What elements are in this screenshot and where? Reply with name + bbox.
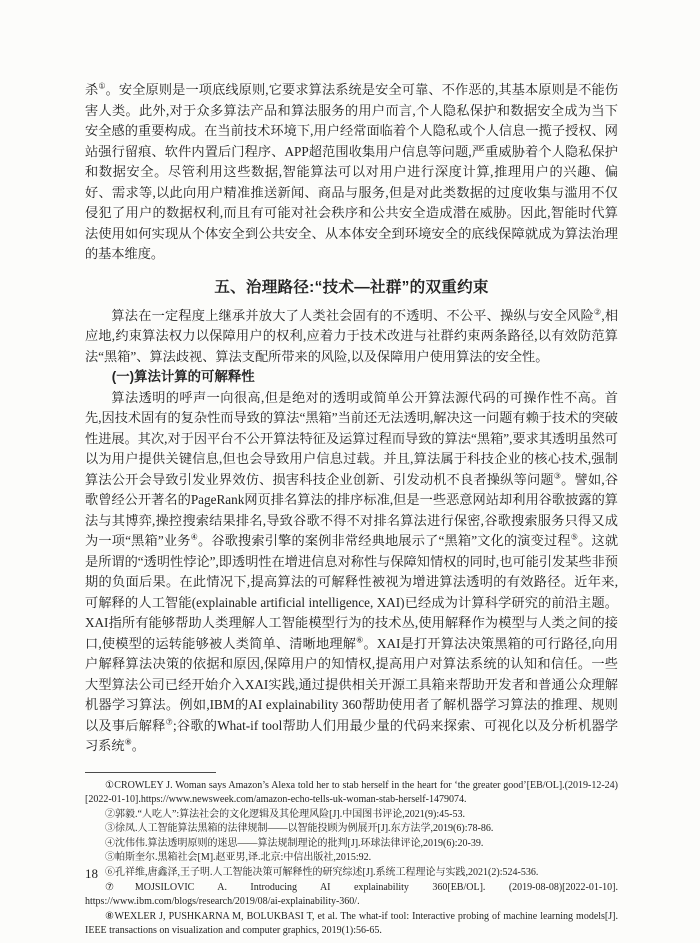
- section-heading: 五、治理路径:“技术—社群”的双重约束: [85, 275, 618, 297]
- paragraph: 算法在一定程度上继承并放大了人类社会固有的不透明、不公平、操纵与安全风险②,相应…: [85, 306, 618, 368]
- footnote-item: ④沈伟伟.算法透明原则的迷思——算法规制理论的批判[J].环球法律评论,2019…: [85, 837, 618, 852]
- footnote-marker: ⑤: [105, 852, 115, 863]
- footnote-item: ⑦MOJSILOVIC A. Introducing AI explainabi…: [85, 881, 618, 910]
- subsection-heading: (一)算法计算的可解释性: [85, 367, 618, 388]
- footnote-marker: ⑥: [105, 867, 115, 878]
- footnote-marker: ②: [105, 809, 115, 820]
- footnote-ref: ③: [554, 471, 561, 480]
- footnote-item: ②郭毅.“人吃人”:算法社会的文化逻辑及其伦理风险[J].中国图书评论,2021…: [85, 808, 618, 823]
- footnote-item: ⑤帕斯奎尔.黑箱社会[M].赵亚男,译.北京:中信出版社,2015:92.: [85, 851, 618, 866]
- footnote-ref: ⑧: [125, 738, 132, 747]
- footnote-marker: ③: [105, 823, 115, 834]
- footnote-marker: ④: [105, 838, 115, 849]
- page-body: 杀①。安全原则是一项底线原则,它要求算法系统是安全可靠、不作恶的,其基本原则是不…: [85, 80, 618, 757]
- footnote-ref: ④: [191, 533, 198, 542]
- footnote-ref: ⑥: [356, 635, 363, 644]
- footnote-item: ①CROWLEY J. Woman says Amazon’s Alexa to…: [85, 779, 618, 808]
- paragraph-continuation: 杀①。安全原则是一项底线原则,它要求算法系统是安全可靠、不作恶的,其基本原则是不…: [85, 80, 618, 265]
- footnotes-list: ①CROWLEY J. Woman says Amazon’s Alexa to…: [85, 779, 618, 940]
- footnote-marker: ⑦: [105, 882, 135, 893]
- footnote-marker: ①: [105, 780, 114, 791]
- footnote-ref: ⑤: [571, 533, 578, 542]
- page-number: 18: [85, 866, 98, 882]
- footnote-separator: [85, 772, 216, 773]
- footnote-item: ⑧WEXLER J, PUSHKARNA M, BOLUKBASI T, et …: [85, 910, 618, 939]
- footnote-ref: ⑦: [166, 717, 173, 726]
- footnote-item: ⑥孔祥维,唐鑫泽,王子明.人工智能决策可解释性的研究综述[J].系统工程理论与实…: [85, 866, 618, 881]
- paragraph: 算法透明的呼声一向很高,但是绝对的透明或简单公开算法源代码的可操作性不高。首先,…: [85, 388, 618, 757]
- footnote-ref: ②: [594, 307, 601, 316]
- footnote-marker: ⑧: [105, 911, 114, 922]
- footnote-item: ③徐凤.人工智能算法黑箱的法律规制——以智能投顾为例展开[J].东方法学,201…: [85, 822, 618, 837]
- document-page: 杀①。安全原则是一项底线原则,它要求算法系统是安全可靠、不作恶的,其基本原则是不…: [0, 0, 700, 943]
- footnote-ref: ①: [98, 82, 105, 91]
